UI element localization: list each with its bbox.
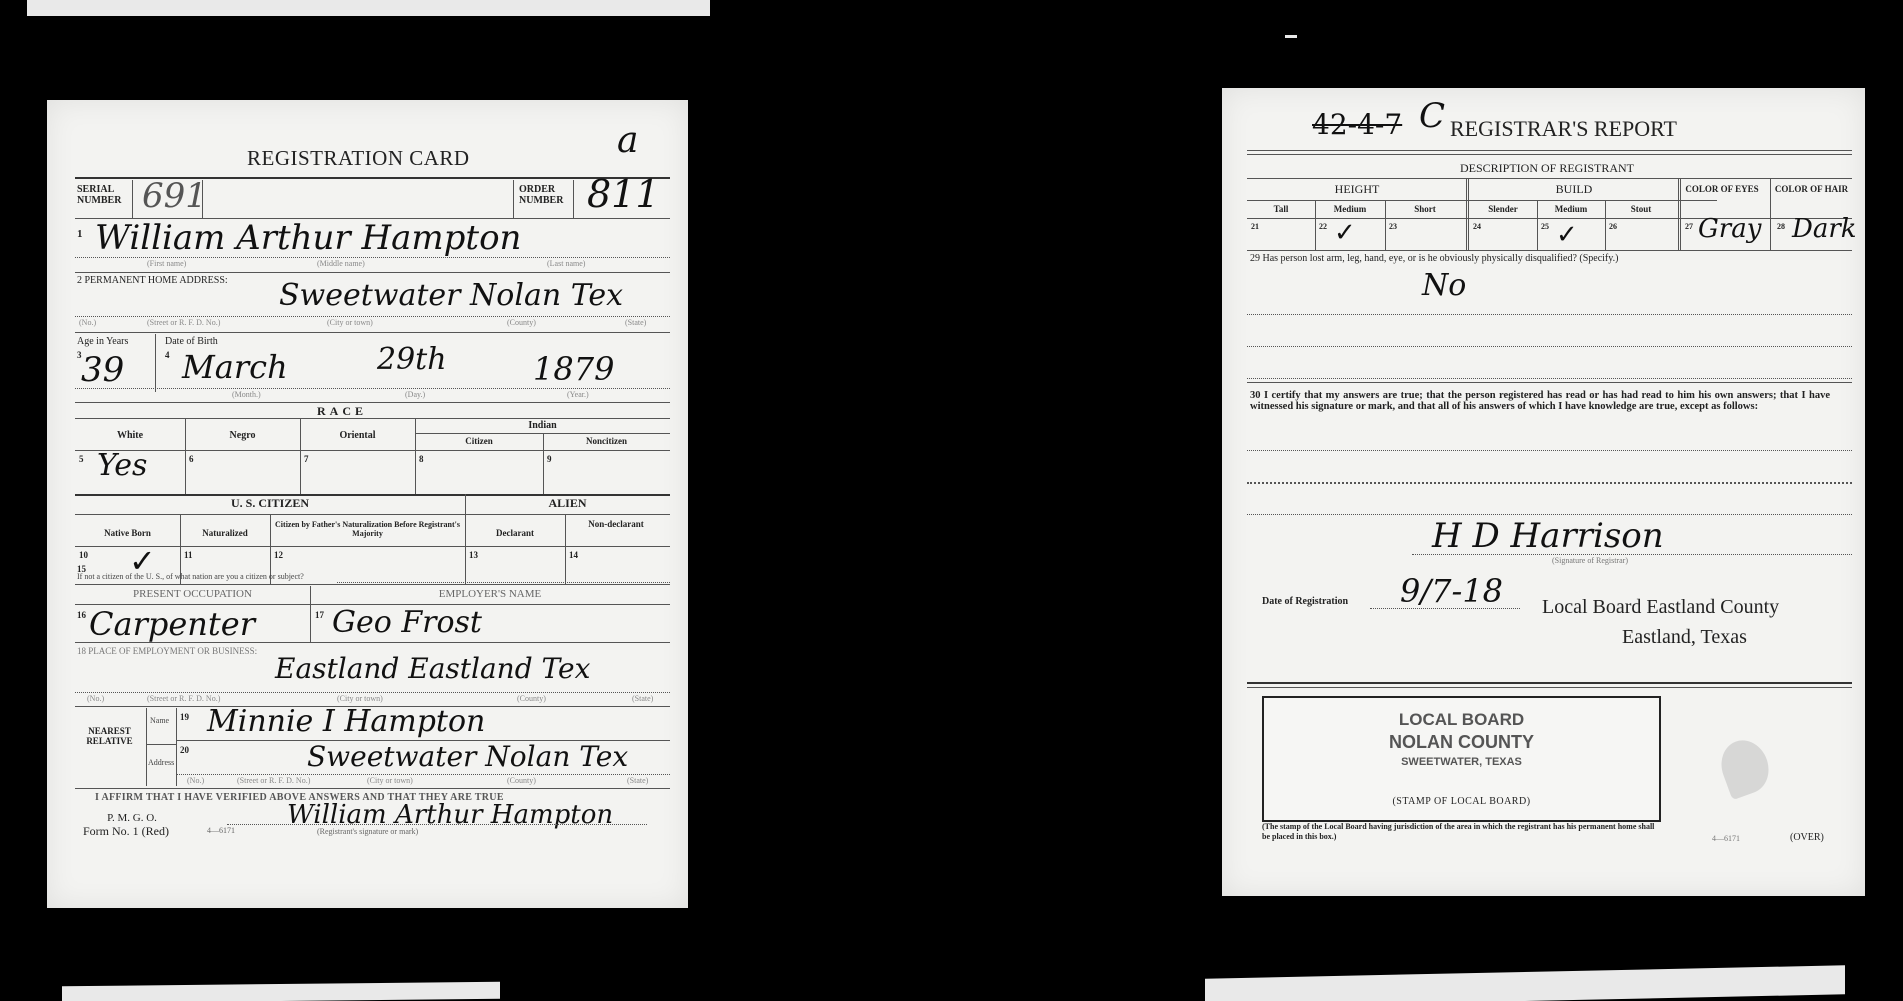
stamp-footnote: (The stamp of the Local Board having jur… bbox=[1262, 822, 1662, 842]
registrar-signature: H D Harrison bbox=[1432, 516, 1664, 556]
height-col-medium: Medium bbox=[1315, 204, 1385, 214]
race-num: 7 bbox=[304, 454, 309, 464]
race-header: RACE bbox=[317, 404, 367, 419]
race-col-indian-noncitizen: Noncitizen bbox=[543, 436, 670, 446]
form-code: 4—6171 bbox=[207, 826, 235, 835]
height-num: 21 bbox=[1251, 222, 1259, 231]
citizen-col-by-father: Citizen by Father's Naturalization Befor… bbox=[275, 520, 460, 538]
rule bbox=[1247, 314, 1852, 315]
dob-month: March bbox=[182, 348, 288, 386]
divider bbox=[513, 180, 514, 218]
relative-address-label: Address bbox=[148, 758, 174, 767]
race-num: 8 bbox=[419, 454, 424, 464]
registrars-report-card: 42-4-7 C REGISTRAR'S REPORT DESCRIPTION … bbox=[1222, 88, 1865, 896]
divider bbox=[1678, 178, 1681, 250]
employment-sublabel: (City or town) bbox=[337, 694, 383, 703]
rule bbox=[1412, 554, 1852, 555]
address-sublabel: (City or town) bbox=[327, 318, 373, 327]
adjacent-card-strip-bottom-right bbox=[1205, 965, 1845, 1001]
race-white-value: Yes bbox=[97, 448, 147, 483]
age-value: 39 bbox=[81, 350, 124, 390]
rule bbox=[75, 692, 670, 693]
description-header: DESCRIPTION OF REGISTRANT bbox=[1247, 161, 1847, 176]
rule bbox=[75, 388, 670, 389]
date-of-registration-label: Date of Registration bbox=[1262, 596, 1348, 607]
name-sublabel: (Last name) bbox=[547, 259, 585, 268]
occupation-number: 16 bbox=[77, 610, 86, 620]
relative-sublabel: (County) bbox=[507, 776, 536, 785]
name-sublabel: (Middle name) bbox=[317, 259, 365, 268]
address-sublabel: (State) bbox=[625, 318, 646, 327]
rule bbox=[1247, 687, 1852, 688]
rule bbox=[1247, 154, 1852, 155]
citizen-num: 13 bbox=[469, 550, 478, 560]
q30-text: 30 I certify that my answers are true; t… bbox=[1250, 390, 1830, 412]
date-of-registration-value: 9/7-18 bbox=[1400, 572, 1503, 610]
employment-sublabel: (Street or R. F. D. No.) bbox=[147, 694, 220, 703]
home-address-value: Sweetwater Nolan Tex bbox=[279, 278, 623, 313]
rule bbox=[1247, 382, 1852, 383]
nearest-relative-label: NEAREST RELATIVE bbox=[77, 726, 142, 746]
order-number-label: ORDER NUMBER bbox=[519, 184, 569, 206]
relative-sublabel: (Street or R. F. D. No.) bbox=[237, 776, 310, 785]
rule bbox=[75, 257, 670, 258]
rule bbox=[75, 316, 670, 317]
dob-sublabel: (Month.) bbox=[232, 390, 261, 399]
hair-color-header: COLOR OF HAIR bbox=[1774, 184, 1849, 194]
q29-answer: No bbox=[1422, 268, 1466, 303]
build-col-medium: Medium bbox=[1537, 204, 1605, 214]
dob-day: 29th bbox=[377, 342, 447, 377]
divider bbox=[573, 180, 574, 218]
local-board-stamp-box: LOCAL BOARD NOLAN COUNTY SWEETWATER, TEX… bbox=[1262, 696, 1661, 822]
name-field-number: 1 bbox=[77, 228, 83, 240]
rule bbox=[227, 824, 647, 825]
rule bbox=[75, 332, 670, 333]
dob-sublabel: (Year.) bbox=[567, 390, 589, 399]
occupation-value: Carpenter bbox=[89, 605, 255, 643]
height-header: HEIGHT bbox=[1247, 182, 1467, 197]
form-number: Form No. 1 (Red) bbox=[83, 824, 169, 839]
race-col-indian-citizen: Citizen bbox=[415, 436, 543, 446]
relative-address-value: Sweetwater Nolan Tex bbox=[307, 740, 628, 773]
citizen-col-naturalized: Naturalized bbox=[180, 528, 270, 538]
registrant-signature: William Arthur Hampton bbox=[287, 800, 613, 830]
build-col-stout: Stout bbox=[1605, 204, 1677, 214]
alien-col-declarant: Declarant bbox=[465, 528, 565, 538]
citizen-num: 12 bbox=[274, 550, 283, 560]
race-col-oriental: Oriental bbox=[300, 430, 415, 441]
report-form-code: 4—6171 bbox=[1712, 834, 1740, 843]
stamp-caption: (STAMP OF LOCAL BOARD) bbox=[1264, 796, 1659, 807]
eyes-num: 27 bbox=[1685, 222, 1693, 231]
rule bbox=[1247, 200, 1717, 201]
place-of-employment-value: Eastland Eastland Tex bbox=[275, 652, 590, 685]
employer-value: Geo Frost bbox=[332, 605, 482, 640]
relative-name-label: Name bbox=[150, 716, 169, 725]
rule bbox=[1247, 450, 1852, 451]
divider bbox=[202, 180, 203, 218]
relative-sublabel: (State) bbox=[627, 776, 648, 785]
employer-number: 17 bbox=[315, 610, 324, 620]
over-label: (OVER) bbox=[1790, 832, 1824, 843]
race-col-white: White bbox=[75, 430, 185, 441]
address-sublabel: (Street or R. F. D. No.) bbox=[147, 318, 220, 327]
rule bbox=[1247, 514, 1852, 515]
dob-field-number: 4 bbox=[165, 350, 170, 360]
height-medium-check: ✓ bbox=[1334, 218, 1356, 248]
build-medium-check: ✓ bbox=[1556, 220, 1578, 250]
place-of-employment-label: 18 PLACE OF EMPLOYMENT OR BUSINESS: bbox=[77, 646, 257, 656]
dob-year: 1879 bbox=[533, 350, 614, 388]
race-num: 9 bbox=[547, 454, 552, 464]
citizen-num: 10 bbox=[79, 550, 88, 560]
rule bbox=[75, 514, 670, 515]
citizen-num: 14 bbox=[569, 550, 578, 560]
rule bbox=[1247, 482, 1852, 484]
build-num: 25 bbox=[1541, 222, 1549, 231]
stamp-line-2: NOLAN COUNTY bbox=[1264, 732, 1659, 753]
build-col-slender: Slender bbox=[1469, 204, 1537, 214]
relative-name-number: 19 bbox=[180, 712, 189, 722]
local-board-eastland-location: Eastland, Texas bbox=[1622, 626, 1747, 649]
scan-mark bbox=[1285, 35, 1297, 38]
rule bbox=[75, 546, 670, 547]
divider bbox=[1770, 178, 1771, 250]
employer-header: EMPLOYER'S NAME bbox=[310, 588, 670, 600]
alien-col-non-declarant: Non-declarant bbox=[571, 520, 661, 529]
q29-text: 29 Has person lost arm, leg, hand, eye, … bbox=[1250, 253, 1855, 264]
registration-card: REGISTRATION CARD a SERIAL NUMBER 691 OR… bbox=[47, 100, 688, 908]
employment-sublabel: (State) bbox=[632, 694, 653, 703]
dob-sublabel: (Day.) bbox=[405, 390, 425, 399]
rule bbox=[1247, 378, 1852, 379]
build-header: BUILD bbox=[1469, 182, 1679, 197]
citizen-col-native-born: Native Born bbox=[75, 528, 180, 538]
watermark-leaf-icon bbox=[1714, 734, 1776, 800]
us-citizen-header: U. S. CITIZEN bbox=[75, 496, 465, 511]
race-indian-header: Indian bbox=[415, 420, 670, 431]
rule bbox=[75, 584, 670, 585]
rule bbox=[1247, 250, 1852, 251]
divider bbox=[132, 180, 133, 218]
rule bbox=[1247, 178, 1852, 179]
rule bbox=[75, 402, 670, 403]
alien-header: ALIEN bbox=[465, 496, 670, 511]
divider bbox=[465, 514, 466, 584]
registrant-name: William Arthur Hampton bbox=[95, 218, 521, 258]
citizen-num: 11 bbox=[184, 550, 193, 560]
address-sublabel: (County) bbox=[507, 318, 536, 327]
employment-sublabel: (No.) bbox=[87, 694, 104, 703]
hair-num: 28 bbox=[1777, 222, 1785, 231]
rule bbox=[75, 272, 670, 273]
occupation-header: PRESENT OCCUPATION bbox=[75, 588, 310, 600]
report-title: REGISTRAR'S REPORT bbox=[1450, 116, 1677, 142]
race-col-negro: Negro bbox=[185, 430, 300, 441]
build-num: 26 bbox=[1609, 222, 1617, 231]
rule bbox=[75, 450, 670, 451]
height-col-short: Short bbox=[1385, 204, 1465, 214]
race-num: 6 bbox=[189, 454, 194, 464]
adjacent-card-strip-top bbox=[27, 0, 710, 16]
rule bbox=[176, 774, 670, 775]
name-sublabel: (First name) bbox=[147, 259, 186, 268]
relative-sublabel: (No.) bbox=[187, 776, 204, 785]
pmgo-label: P. M. G. O. bbox=[87, 812, 177, 824]
serial-number-label: SERIAL NUMBER bbox=[77, 184, 127, 206]
adjacent-card-strip-bottom-left bbox=[62, 982, 500, 1001]
rule bbox=[1247, 682, 1852, 684]
build-num: 24 bbox=[1473, 222, 1481, 231]
hair-color-value: Dark bbox=[1792, 214, 1857, 244]
crossed-number: 42-4-7 bbox=[1312, 108, 1402, 141]
order-number-value: 811 bbox=[587, 172, 660, 216]
stamp-line-1: LOCAL BOARD bbox=[1264, 710, 1659, 730]
rule bbox=[1247, 150, 1852, 151]
letter-mark: C bbox=[1419, 96, 1445, 136]
serial-number-value: 691 bbox=[142, 176, 207, 216]
divider bbox=[155, 334, 156, 392]
stamp-line-3: SWEETWATER, TEXAS bbox=[1264, 756, 1659, 768]
home-address-label: 2 PERMANENT HOME ADDRESS: bbox=[77, 275, 228, 286]
eye-color-header: COLOR OF EYES bbox=[1682, 184, 1762, 194]
rule bbox=[75, 418, 670, 419]
height-col-tall: Tall bbox=[1247, 204, 1315, 214]
employment-sublabel: (County) bbox=[517, 694, 546, 703]
rule bbox=[75, 788, 670, 789]
address-sublabel: (No.) bbox=[79, 318, 96, 327]
corner-mark: a bbox=[617, 120, 638, 161]
rule bbox=[1247, 346, 1852, 347]
divider bbox=[146, 708, 147, 786]
age-label: Age in Years bbox=[77, 336, 128, 347]
relative-address-number: 20 bbox=[180, 745, 189, 755]
registrar-signature-label: (Signature of Registrar) bbox=[1552, 556, 1628, 565]
local-board-eastland-stamp: Local Board Eastland County bbox=[1542, 596, 1779, 619]
card-title: REGISTRATION CARD bbox=[247, 146, 470, 171]
eye-color-value: Gray bbox=[1698, 214, 1761, 244]
height-num: 23 bbox=[1389, 222, 1397, 231]
height-num: 22 bbox=[1319, 222, 1327, 231]
dob-label: Date of Birth bbox=[165, 336, 218, 347]
rule bbox=[337, 582, 670, 583]
relative-sublabel: (City or town) bbox=[367, 776, 413, 785]
rule bbox=[75, 642, 670, 643]
divider bbox=[565, 514, 566, 584]
q15-text: If not a citizen of the U. S., of what n… bbox=[77, 572, 304, 581]
rule bbox=[146, 744, 176, 745]
signature-sublabel: (Registrant's signature or mark) bbox=[317, 827, 418, 836]
relative-name-value: Minnie I Hampton bbox=[207, 704, 485, 739]
race-num: 5 bbox=[79, 454, 84, 464]
